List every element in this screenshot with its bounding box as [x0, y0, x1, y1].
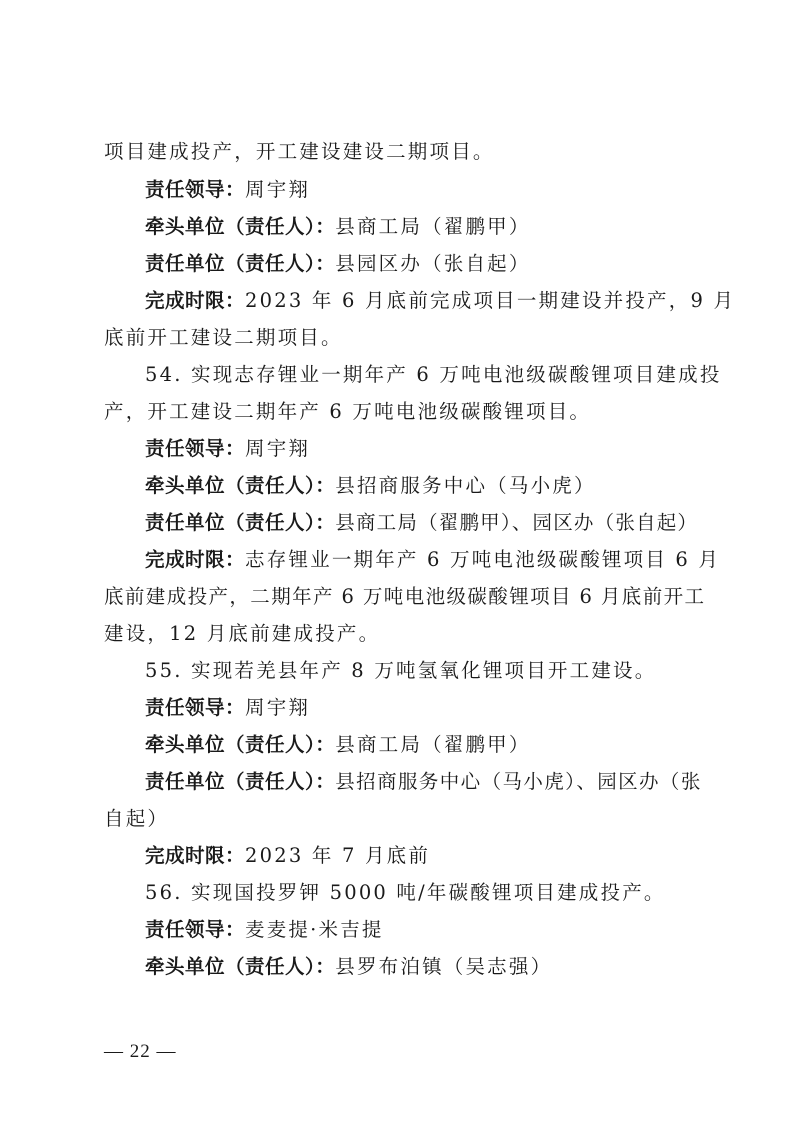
- field-label: 责任单位（责任人）：: [145, 511, 335, 534]
- text-line: 产，开工建设二期年产 6 万吨电池级碳酸锂项目。: [104, 399, 704, 425]
- lead-unit-line: 牵头单位（责任人）：县商工局（翟鹏甲）: [145, 214, 745, 240]
- field-value: 县商工局（翟鹏甲）: [335, 733, 530, 756]
- deadline-line: 完成时限：2023 年 6 月底前完成项目一期建设并投产，9 月: [145, 288, 745, 314]
- line-text: 建设，12 月底前建成投产。: [104, 622, 380, 645]
- field-label: 责任领导：: [145, 178, 245, 201]
- field-label: 牵头单位（责任人）：: [145, 474, 335, 497]
- field-value: 县罗布泊镇（吴志强）: [335, 955, 552, 978]
- field-value: 周宇翔: [245, 178, 310, 201]
- field-value: 县招商服务中心（马小虎）: [335, 474, 595, 497]
- field-label: 责任领导：: [145, 437, 245, 460]
- field-value: 县商工局（翟鹏甲）、园区办（张自起）: [335, 511, 698, 534]
- line-text: 56. 实现国投罗钾 5000 吨/年碳酸锂项目建成投产。: [145, 881, 666, 904]
- document-page: 项目建成投产，开工建设建设二期项目。 责任领导：周宇翔 牵头单位（责任人）：县商…: [0, 0, 793, 1122]
- field-label: 完成时限：: [145, 289, 245, 312]
- line-text: 产，开工建设二期年产 6 万吨电池级碳酸锂项目。: [104, 400, 591, 423]
- responsible-leader-line: 责任领导：周宇翔: [145, 436, 745, 462]
- line-text: 底前建成投产，二期年产 6 万吨电池级碳酸锂项目 6 月底前开工: [104, 585, 705, 608]
- field-label: 完成时限：: [145, 844, 245, 867]
- lead-unit-line: 牵头单位（责任人）：县商工局（翟鹏甲）: [145, 732, 745, 758]
- field-value: 麦麦提·米吉提: [245, 918, 384, 941]
- page-number: — 22 —: [104, 1041, 177, 1063]
- text-line: 底前建成投产，二期年产 6 万吨电池级碳酸锂项目 6 月底前开工: [104, 584, 704, 610]
- field-label: 牵头单位（责任人）：: [145, 955, 335, 978]
- line-text: 自起）: [104, 807, 169, 830]
- field-value: 周宇翔: [245, 437, 310, 460]
- field-label: 牵头单位（责任人）：: [145, 215, 335, 238]
- field-value: 县商工局（翟鹏甲）: [335, 215, 530, 238]
- item-heading-54: 54. 实现志存锂业一期年产 6 万吨电池级碳酸锂项目建成投: [145, 362, 745, 388]
- field-value: 县园区办（张自起）: [335, 252, 530, 275]
- line-text: 55. 实现若羌县年产 8 万吨氢氧化锂项目开工建设。: [145, 659, 656, 682]
- line-text: 底前开工建设二期项目。: [104, 326, 343, 349]
- lead-unit-line: 牵头单位（责任人）：县招商服务中心（马小虎）: [145, 473, 745, 499]
- field-value: 周宇翔: [245, 696, 310, 719]
- field-label: 完成时限：: [145, 548, 245, 571]
- field-label: 责任单位（责任人）：: [145, 252, 335, 275]
- responsible-unit-line: 责任单位（责任人）：县商工局（翟鹏甲）、园区办（张自起）: [145, 510, 745, 536]
- item-heading-56: 56. 实现国投罗钾 5000 吨/年碳酸锂项目建成投产。: [145, 880, 745, 906]
- responsible-unit-line: 责任单位（责任人）：县园区办（张自起）: [145, 251, 745, 277]
- text-line: 自起）: [104, 806, 704, 832]
- deadline-line: 完成时限：志存锂业一期年产 6 万吨电池级碳酸锂项目 6 月: [145, 547, 745, 573]
- field-value: 2023 年 7 月底前: [245, 844, 430, 867]
- text-line: 项目建成投产，开工建设建设二期项目。: [104, 139, 704, 165]
- line-text: 项目建成投产，开工建设建设二期项目。: [104, 140, 495, 163]
- field-value: 县招商服务中心（马小虎）、园区办（张: [335, 770, 701, 793]
- item-heading-55: 55. 实现若羌县年产 8 万吨氢氧化锂项目开工建设。: [145, 658, 745, 684]
- line-text: 54. 实现志存锂业一期年产 6 万吨电池级碳酸锂项目建成投: [145, 363, 722, 386]
- field-label: 牵头单位（责任人）：: [145, 733, 335, 756]
- text-line: 底前开工建设二期项目。: [104, 325, 704, 351]
- field-label: 责任领导：: [145, 918, 245, 941]
- responsible-leader-line: 责任领导：麦麦提·米吉提: [145, 917, 745, 943]
- responsible-leader-line: 责任领导：周宇翔: [145, 177, 745, 203]
- field-value: 2023 年 6 月底前完成项目一期建设并投产，9 月: [245, 289, 735, 312]
- field-label: 责任单位（责任人）：: [145, 770, 335, 793]
- responsible-leader-line: 责任领导：周宇翔: [145, 695, 745, 721]
- deadline-line: 完成时限：2023 年 7 月底前: [145, 843, 745, 869]
- responsible-unit-line: 责任单位（责任人）：县招商服务中心（马小虎）、园区办（张: [145, 769, 745, 795]
- text-line: 建设，12 月底前建成投产。: [104, 621, 704, 647]
- field-label: 责任领导：: [145, 696, 245, 719]
- field-value: 志存锂业一期年产 6 万吨电池级碳酸锂项目 6 月: [245, 548, 720, 571]
- lead-unit-line: 牵头单位（责任人）：县罗布泊镇（吴志强）: [145, 954, 745, 980]
